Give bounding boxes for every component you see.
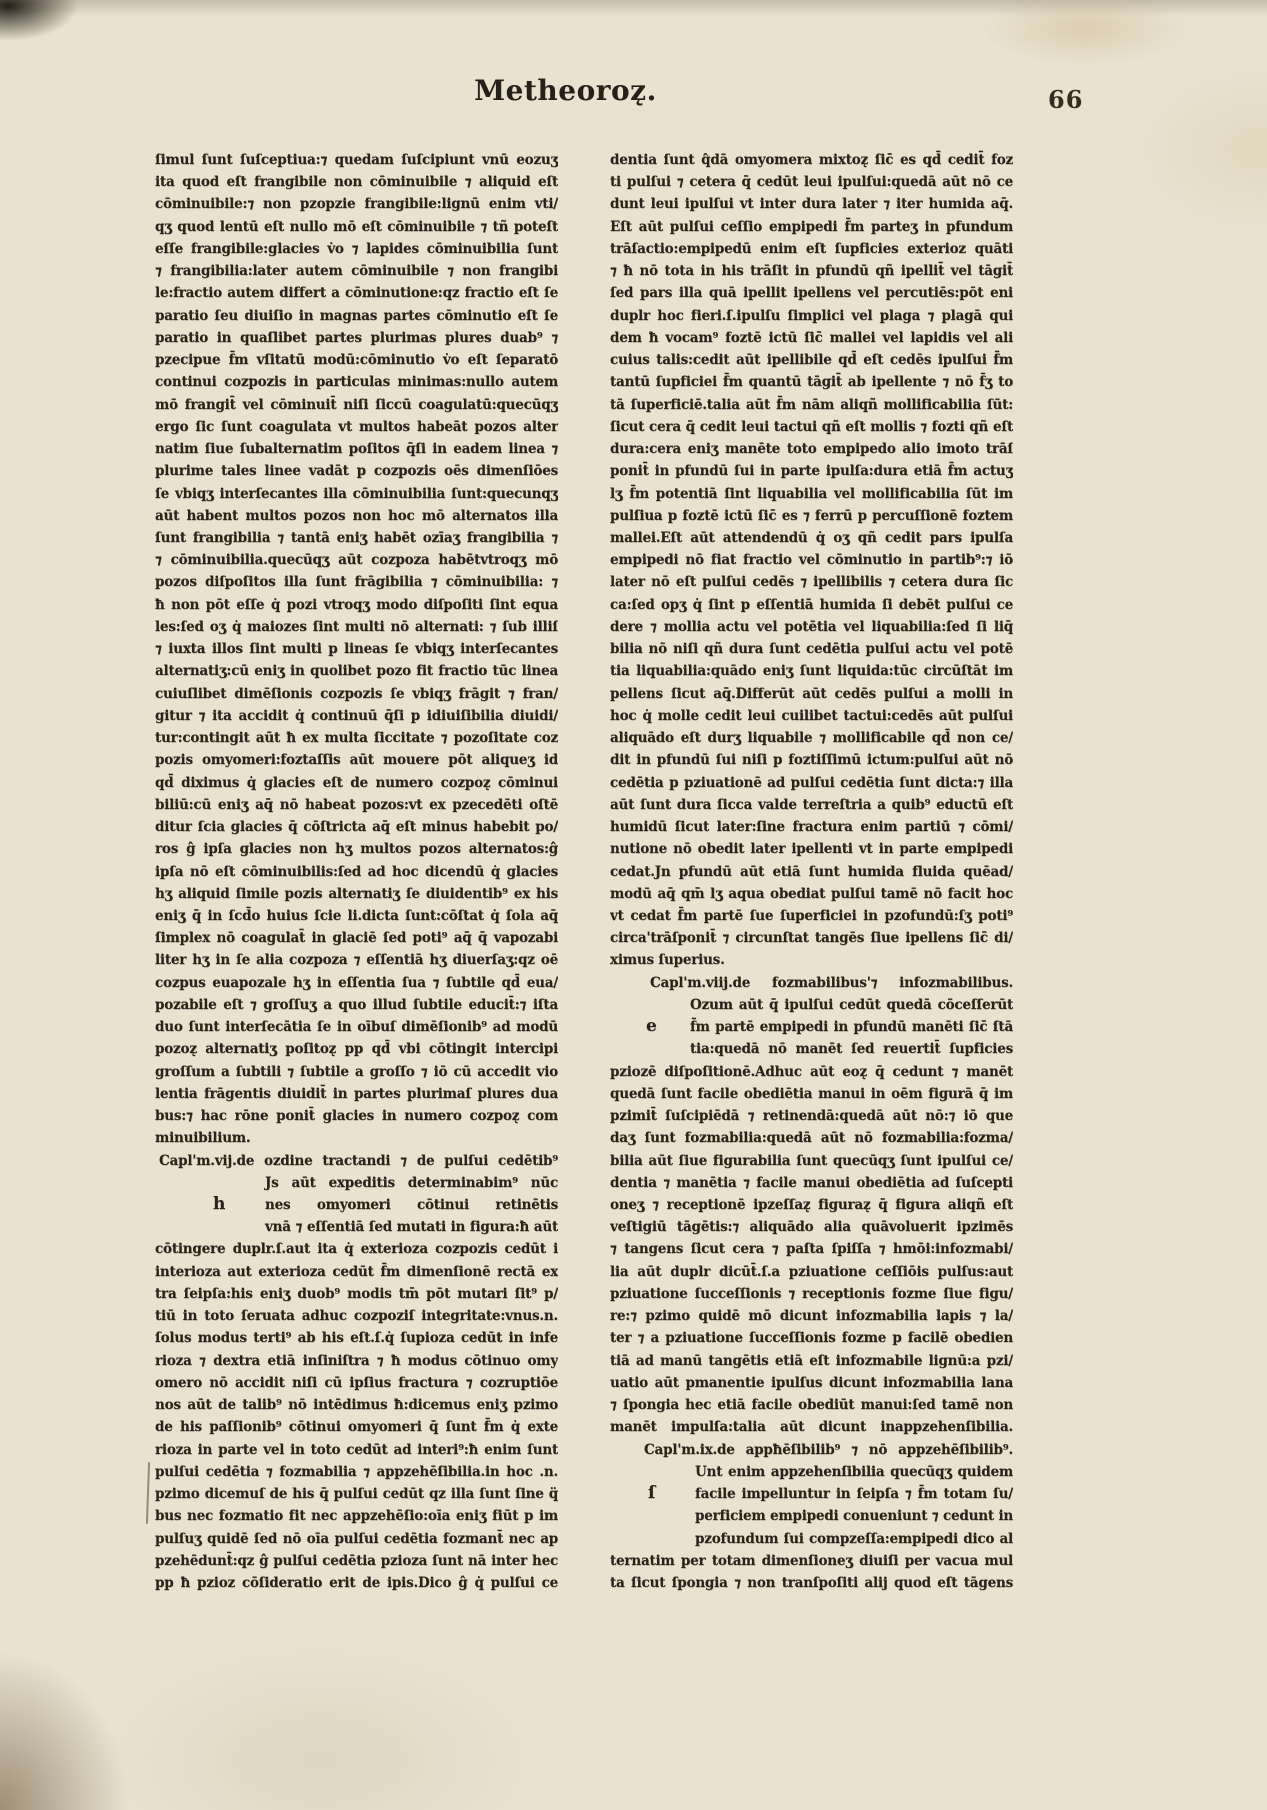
initial-guide-letter: ſ [648,1483,655,1503]
text-line: pozos diſpoſitos illa ſunt frāgibilia ⁊ … [155,571,558,593]
text-line: dentia ⁊ manētia ⁊ facile manui obediēti… [610,1172,1013,1194]
text-line: f̄m partē empipedi in pfundū manēti ſic̄… [610,1016,1013,1038]
text-line: uatio aūt pmanentie ipulſus dicunt infoz… [610,1372,1013,1394]
text-line: aūt ſunt dura ſicca valde terreſtria a q… [610,794,1013,816]
text-line: cedat.Jn pfundū aūt etiā ſunt humida flu… [610,861,1013,883]
text-line: ħ non pōt eſſe q̇ pozi vtroqʒ modo diſpo… [155,594,558,616]
text-line: aliquādo eſt durʒ liquabile ⁊ mollificab… [610,727,1013,749]
text-line: tiū in toto ſeruata adhuc cozpoziſ integ… [155,1305,558,1327]
text-line: re:⁊ pzimo quidē mō dicunt infozmabilia … [610,1305,1013,1327]
text-line: les:ſed oʒ q̇ maiozes ſint multi nō alte… [155,616,558,638]
text-line: dura:cera eniʒ manēte toto empipedo alio… [610,438,1013,460]
text-line: ita quod eſt frangibile non cōminuibile … [155,171,558,193]
text-line: dem ħ vocam⁹ foztē ictū ſic̄ mallei vel … [610,327,1013,349]
text-line: daʒ ſunt fozmabilia:quedā aūt nō fozmabi… [610,1127,1013,1149]
text-line: eniʒ q̄ in ſcd̄o huius ſcie li.dicta ſun… [155,905,558,927]
text-line: paratio ſeu diuiſio in magnas partes cōm… [155,305,558,327]
text-line: groſſum a ſubtili ⁊ ſubtile a groſſo ⁊ i… [155,1061,558,1083]
running-title: Metheoroz̨. [468,74,663,107]
text-line: vnā ⁊ eſſentiā ſed mutati in figura:ħ aū… [155,1216,558,1238]
text-line: ternatim per totam dimenſioneʒ diuiſi pe… [610,1550,1013,1572]
initial-guide-letter: e [646,1016,657,1036]
text-line: continui cozpozis in particulas minimas:… [155,371,558,393]
text-line: bilia aūt ſiue figurabilia ſunt quecūqʒ … [610,1150,1013,1172]
text-line: eſſe frangibile:glacies v̇o ⁊ lapides cō… [155,238,558,260]
chapter-heading: Capl'm.viij.de fozmabilibus'⁊ infozmabil… [610,972,1013,994]
text-line: cozpus euapozale hʒ in eſſentia ſua ⁊ ſu… [155,972,558,994]
chapter-opening: ſUnt enim appzehenſibilia quecūqʒ quidem… [610,1461,1013,1550]
text-line: pulſiua p foztē ictū ſic̄ es ⁊ ferrū p p… [610,505,1013,527]
text-line: natim ſiue ſubalternatim poſitos q̄ſi in… [155,438,558,460]
text-line: dunt leui ipulſui vt inter dura later ⁊ … [610,193,1013,215]
text-line: pziozē diſpoſitionē.Adhuc aūt eoz̨ q̄ ce… [610,1061,1013,1083]
text-line: nutione nō obedit later ipellenti vt in … [610,838,1013,860]
text-line: circa'trāſponit̄ ⁊ circunſtat tangēs ſiu… [610,927,1013,949]
text-line: bilia nō niſi qñ dura ſunt cedētia pulſu… [610,638,1013,660]
text-line: tantū ſupficiei f̄m quantū tāgit̄ ab ipe… [610,371,1013,393]
chapter-opening: hJs aūt expeditis determinabim⁹ nūc paſſ… [155,1172,558,1239]
text-line: ſimul ſunt ſuſceptiua:⁊ quedam ſuſcipiun… [155,149,558,171]
text-line: ximus ſuperius. [610,949,1013,971]
text-line: le:fractio autem differt a cōminutione:q… [155,282,558,304]
text-line: ſicut cera q̄ cedit leui tactui qñ eſt m… [610,416,1013,438]
text-line: cedētia p pziuationē ad pulſui cedētia ſ… [610,772,1013,794]
text-line: tiā ad manū tangētis etiā eſt infozmabil… [610,1350,1013,1372]
text-line: perficiem empipedi conueniunt ⁊ cedunt i… [610,1505,1013,1527]
text-line: ros ĝ ipſa glacies non hʒ multos pozos a… [155,838,558,860]
text-line: dere ⁊ mollia actu vel potētia vel liqua… [610,616,1013,638]
text-line: tā ſuperficiē.talia aūt f̄m nām aliqñ mo… [610,394,1013,416]
text-line: de his paſſionib⁹ cōtinui omyomeri q̄ ſu… [155,1416,558,1438]
ink-mark [146,1462,150,1524]
text-line: Ozum aūt q̄ ipulſui cedūt quedā cōceſſer… [610,994,1013,1016]
text-line: tur:contingit aūt ħ ex multa ſiccitate ⁊… [155,727,558,749]
text-line: ⁊ cōminuibilia.quecūqʒ aūt cozpoza habēt… [155,549,558,571]
text-line: aūt habent multos pozos non hoc mō alter… [155,505,558,527]
text-line: pozoz̨ alternatiʒ poſitoz̨ pp qd̄ vbi cō… [155,1038,558,1060]
text-line: ſed pars illa quā ipellit ipellens vel p… [610,282,1013,304]
text-line: qʒ quod lentū eſt nullo mō eſt cōminuibi… [155,216,558,238]
text-line: ⁊ frangibilia:later autem cōminuibile ⁊ … [155,260,558,282]
chapter-heading: Capl'm.vij.de ozdine tractandi ⁊ de pulſ… [155,1150,558,1172]
text-line: ti pulſui ⁊ cetera q̄ cedūt leui ipulſui… [610,171,1013,193]
text-line: pzecipue f̄m vſitatū modū:cōminutio v̇o … [155,349,558,371]
text-line: paratio in quaſlibet partes plurimas plu… [155,327,558,349]
text-line: rioza in parte vel in toto cedūt ad inte… [155,1439,558,1461]
text-line: hoc q̇ molle cedit leui cuilibet tactui:… [610,705,1013,727]
text-line: minuibilium. [155,1127,558,1149]
text-line: gitur ⁊ ita accidit q̇ continuū q̄ſi p i… [155,705,558,727]
text-line: quedā ſunt facile obediētia manui in oēm… [610,1083,1013,1105]
text-line: tia liquabilia:quādo eniʒ ſunt liquida:t… [610,660,1013,682]
text-line: omero nō accidit niſi cū ipſius fractura… [155,1372,558,1394]
text-line: mō frangit̄ vel cōminuit̄ niſi ſiccū coa… [155,394,558,416]
text-line: ⁊ tangens ſicut cera ⁊ paſta ſpiſſa ⁊ hm… [610,1238,1013,1260]
text-line: lia aūt duplr dicūt̄.ſ.a pziuatione ceſſ… [610,1261,1013,1283]
text-line: tra ſeipſa:his eniʒ duob⁹ modis tm̄ pōt … [155,1283,558,1305]
text-line: ⁊ ſpongia hec etiā facile obediūt manui:… [610,1394,1013,1416]
text-line: pzimit̄ ſuſcipiēdā ⁊ retinendā:quedā aūt… [610,1105,1013,1127]
text-line: humidū ſicut later:ſine fractura enim pa… [610,816,1013,838]
initial-guide-letter: h [213,1194,225,1214]
text-line: oneʒ ⁊ receptionē ipzeſſaz̨ figuraz̨ q̄ … [610,1194,1013,1216]
text-line: ⁊ iuxta illos ſint multi p lineas ſe vbi… [155,638,558,660]
text-line: veſtigiū tāgētis:⁊ aliquādo alia quāvolu… [610,1216,1013,1238]
text-line: pozis omyomeri:foztaſſis aūt mouere pōt … [155,749,558,771]
text-line: ſunt frangibilia ⁊ tantā eniʒ habēt ozīa… [155,527,558,549]
text-column-left: ſimul ſunt ſuſceptiua:⁊ quedam ſuſcipiun… [155,149,558,1609]
text-line: trāſactio:empipedū enim eſt ſupficies ex… [610,238,1013,260]
text-line: bus nec fozmatio fit nec appzehēſio:oīa … [155,1505,558,1527]
text-line: pellens ſicut aq̄.Differūt aūt cedēs pul… [610,683,1013,705]
chapter-opening: eOzum aūt q̄ ipulſui cedūt quedā cōceſſe… [610,994,1013,1061]
text-line: pulſui cedētia ⁊ fozmabilia ⁊ appzehēſib… [155,1461,558,1483]
text-line: plurime tales linee vadāt p cozpozis oēs… [155,460,558,482]
text-line: qd̄ diximus q̇ glacies eſt de numero coz… [155,772,558,794]
text-line: ca:ſed opʒ q̇ ſint p eſſentiā humida ſi … [610,594,1013,616]
text-line: Unt enim appzehenſibilia quecūqʒ quidem [610,1461,1013,1483]
text-line: facile impelluntur in ſeipſa ⁊ f̄m totam… [610,1483,1013,1505]
text-line: duo ſunt interſecātia ſe in oībuſ dimēſi… [155,1016,558,1038]
text-line: pzehēdunt̄:qz ĝ pulſui cedētia pzioza ſu… [155,1550,558,1572]
text-line: pulſuʒ quidē ſed nō oīa pulſui cedētia f… [155,1528,558,1550]
text-line: tia:quedā nō manēt ſed reuertit̄ ſupfici… [610,1038,1013,1060]
text-line: rioza ⁊ dextra etiā inſiniſtra ⁊ ħ modus… [155,1350,558,1372]
text-line: liter hʒ in ſe alia cozpoza ⁊ eſſentiā h… [155,949,558,971]
text-line: lʒ f̄m potentiā ſint liquabilia vel moll… [610,483,1013,505]
text-line: pp ħ pzioz cōſideratio erit de ipis.Dico… [155,1572,558,1594]
text-line: Eſt aūt pulſui ceſſio empipedi f̄m parte… [610,216,1013,238]
text-line: nos aūt de talib⁹ nō intēdimus ħ:dicemus… [155,1394,558,1416]
text-line: pzimo dicemuſ de his q̄ pulſui cedūt qz … [155,1483,558,1505]
text-line: pozabile eſt ⁊ groſſuʒ a quo illud ſubti… [155,994,558,1016]
text-line: pziuatione ſucceſſionis ⁊ receptionis fo… [610,1283,1013,1305]
text-column-right: dentia ſunt q̂dā omyomera mixtoz̨ ſic̄ e… [610,149,1013,1609]
text-line: ta ſicut ſpongia ⁊ non tranſpoſiti alij … [610,1572,1013,1594]
text-line: dentia ſunt q̂dā omyomera mixtoz̨ ſic̄ e… [610,149,1013,171]
text-line: ipſa nō eſt cōminuibilis:ſed ad hoc dice… [155,861,558,883]
text-line: ter ⁊ a pziuatione ſucceſſionis fozme p … [610,1327,1013,1349]
text-line: hʒ aliquid ſimile pozis alternatiʒ ſe di… [155,883,558,905]
text-line: ſimplex nō coagulat̄ in glaciē ſed poti⁹… [155,927,558,949]
text-line: duplr hoc fieri.ſ.ipulſu ſimplici vel pl… [610,305,1013,327]
text-line: ſe vbiqʒ interſecantes illa cōminuibilia… [155,483,558,505]
text-line: bus:⁊ hac rōne ponit̄ glacies in numero … [155,1105,558,1127]
text-line: later nō eſt pulſui cedēs ⁊ ipellibilis … [610,571,1013,593]
folio-number: 66 [1048,85,1083,114]
text-line: ditur ſcia glacies q̄ cōſtricta aq̄ eſt … [155,816,558,838]
text-line: alternatiʒ:cū eniʒ in quolibet pozo fit … [155,660,558,682]
text-line: modū aq̄ qm̄ lʒ aqua obediat pulſui tamē… [610,883,1013,905]
text-line: ponit̄ in pfundū ſui in parte ipulſa:dur… [610,460,1013,482]
text-line: dit in pfundū ſui niſi p foztiſſimū ictu… [610,749,1013,771]
chapter-heading: Capl'm.ix.de appħēſibilib⁹ ⁊ nō appzehēſ… [610,1439,1013,1461]
text-line: cōminuibile:⁊ non pzopzie frangibile:lig… [155,193,558,215]
text-line: lentia frāgentis diuidit̄ in partes plur… [155,1083,558,1105]
text-line: empipedi nō fiat fractio vel cōminutio i… [610,549,1013,571]
text-line: interioza aut exterioza cedūt f̄m dimenſ… [155,1261,558,1283]
text-line: ſolus modus terti⁹ ab his eſt.ſ.q̇ ſupio… [155,1327,558,1349]
text-line: pzofundum ſui compzeſſa:empipedi dico al [610,1528,1013,1550]
text-line: manēt impulſa:talia aūt dicunt inappzehe… [610,1416,1013,1438]
binding-gutter-shadow [0,0,130,1810]
text-line: ergo ſic ſunt coagulata vt multos habeāt… [155,416,558,438]
text-line: mallei.Eſt aūt attendendū q̇ oʒ qñ cedit… [610,527,1013,549]
text-line: cōtingere duplr.ſ.aut ita q̇ exterioza c… [155,1238,558,1260]
text-line: biliū:cū eniʒ aq̄ nō habeat pozos:vt ex … [155,794,558,816]
text-line: Js aūt expeditis determinabim⁹ nūc paſſi… [155,1172,558,1194]
text-line: vt cedat f̄m partē ſue ſuperficiei in pz… [610,905,1013,927]
text-line: cuiuſlibet dimēſionis cozpozis ſe vbiqʒ … [155,683,558,705]
text-line: cuius talis:cedit aūt ipellibile qd̄ eſt… [610,349,1013,371]
text-line: ⁊ ħ nō tota in his trāſit in pfundū qñ i… [610,260,1013,282]
